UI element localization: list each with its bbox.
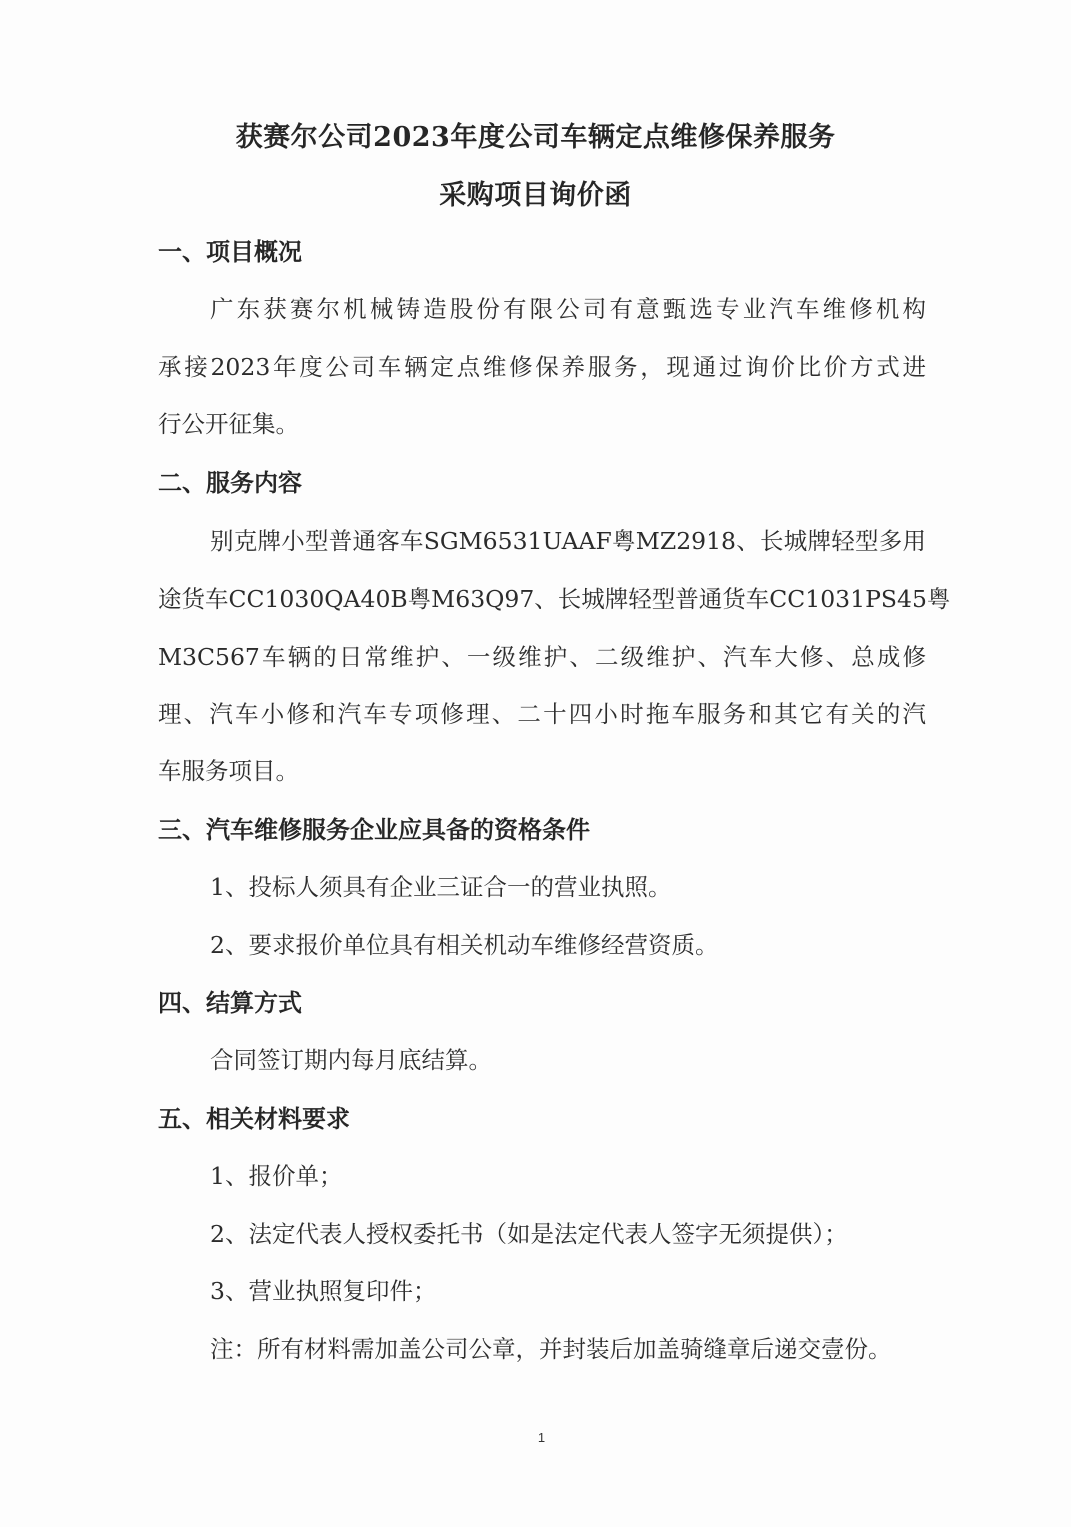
service-line-4: 理、汽车小修和汽车专项修理、二十四小时拖车服务和其它有关的汽 — [158, 695, 926, 729]
page-number: 1 — [0, 1430, 1071, 1445]
section-heading-service-content: 二、服务内容 — [158, 463, 302, 498]
overview-line-1: 广东获赛尔机械铸造股份有限公司有意甄选专业汽车维修机构 — [210, 290, 926, 324]
materials-item-2: 2、法定代表人授权委托书（如是法定代表人签字无须提供）； — [210, 1215, 848, 1249]
overview-line-3: 行公开征集。 — [158, 405, 299, 439]
qualification-item-1: 1、投标人须具有企业三证合一的营业执照。 — [210, 868, 671, 902]
overview-line-2: 承接2023年度公司车辆定点维修保养服务，现通过询价比价方式进 — [158, 348, 926, 382]
document-title-line-2: 采购项目询价函 — [0, 173, 1071, 212]
section-heading-settlement: 四、结算方式 — [158, 983, 302, 1018]
section-heading-materials: 五、相关材料要求 — [158, 1099, 350, 1134]
service-line-3: M3C567车辆的日常维护、一级维护、二级维护、汽车大修、总成修 — [158, 638, 926, 672]
materials-item-3: 3、营业执照复印件； — [210, 1272, 436, 1306]
service-line-2: 途货车CC1030QA40B粤M63Q97、长城牌轻型普通货车CC1031PS4… — [158, 580, 926, 614]
service-line-5: 车服务项目。 — [158, 752, 299, 786]
section-heading-qualifications: 三、汽车维修服务企业应具备的资格条件 — [158, 810, 590, 845]
qualification-item-2: 2、要求报价单位具有相关机动车维修经营资质。 — [210, 926, 718, 960]
materials-item-1: 1、报价单； — [210, 1157, 342, 1191]
service-line-1: 别克牌小型普通客车SGM6531UAAF粤MZ2918、长城牌轻型多用 — [210, 522, 926, 556]
document-page: 获赛尔公司2023年度公司车辆定点维修保养服务 采购项目询价函 一、项目概况 广… — [0, 0, 1071, 1527]
materials-note: 注：所有材料需加盖公司公章，并封装后加盖骑缝章后递交壹份。 — [210, 1330, 892, 1364]
document-title-line-1: 获赛尔公司2023年度公司车辆定点维修保养服务 — [0, 115, 1071, 154]
section-heading-overview: 一、项目概况 — [158, 232, 302, 267]
settlement-line-1: 合同签订期内每月底结算。 — [210, 1041, 492, 1075]
